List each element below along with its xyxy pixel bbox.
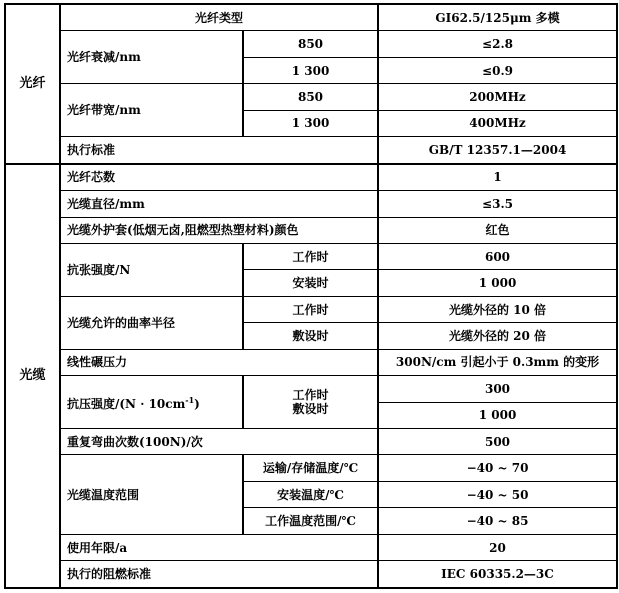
table-row: 光缆外护套(低烟无卤,阻燃型热塑材料)颜色 红色 xyxy=(5,217,617,243)
attenuation-value: ≤2.8 xyxy=(378,31,617,57)
group-fiber: 光纤 xyxy=(5,4,60,164)
temperature-condition: 安装温度/℃ xyxy=(243,481,378,507)
fiber-standard-label: 执行标准 xyxy=(60,137,378,164)
temperature-condition: 运输/存储温度/℃ xyxy=(243,455,378,481)
jacket-color-value: 红色 xyxy=(378,217,617,243)
crush-value: 300 xyxy=(378,376,617,402)
table-row: 重复弯曲次数(100N)/次 500 xyxy=(5,429,617,455)
bend-radius-condition: 工作时 xyxy=(243,296,378,322)
core-count-value: 1 xyxy=(378,164,617,191)
table-row: 光纤衰减/nm 850 ≤2.8 xyxy=(5,31,617,57)
table-row: 光纤 光纤类型 GI62.5/125μm 多模 xyxy=(5,4,617,31)
repeated-bend-label: 重复弯曲次数(100N)/次 xyxy=(60,429,378,455)
crush-label-sup: -1 xyxy=(185,395,194,405)
flame-standard-label: 执行的阻燃标准 xyxy=(60,561,378,588)
table-row: 使用年限/a 20 xyxy=(5,534,617,560)
spec-table: 光纤 光纤类型 GI62.5/125μm 多模 光纤衰减/nm 850 ≤2.8… xyxy=(4,3,618,589)
diameter-value: ≤3.5 xyxy=(378,191,617,217)
crush-value: 1 000 xyxy=(378,402,617,428)
tensile-value: 600 xyxy=(378,243,617,269)
temperature-value: −40 ~ 70 xyxy=(378,455,617,481)
table-row: 光缆直径/mm ≤3.5 xyxy=(5,191,617,217)
bandwidth-wavelength: 1 300 xyxy=(243,110,378,136)
tensile-condition: 安装时 xyxy=(243,270,378,296)
bend-radius-value: 光缆外径的 20 倍 xyxy=(378,323,617,349)
bandwidth-label: 光纤带宽/nm xyxy=(60,84,243,137)
attenuation-label: 光纤衰减/nm xyxy=(60,31,243,84)
crush-conditions: 工作时 敷设时 xyxy=(243,376,378,429)
bend-radius-condition: 敷设时 xyxy=(243,323,378,349)
fiber-standard-value: GB/T 12357.1—2004 xyxy=(378,137,617,164)
fiber-type-value: GI62.5/125μm 多模 xyxy=(378,4,617,31)
crush-label: 抗压强度/(N · 10cm-1) xyxy=(60,376,243,429)
table-row: 光缆允许的曲率半径 工作时 光缆外径的 10 倍 xyxy=(5,296,617,322)
table-row: 执行标准 GB/T 12357.1—2004 xyxy=(5,137,617,164)
temperature-value: −40 ~ 50 xyxy=(378,481,617,507)
table-row: 抗压强度/(N · 10cm-1) 工作时 敷设时 300 xyxy=(5,376,617,402)
repeated-bend-value: 500 xyxy=(378,429,617,455)
linear-crush-value: 300N/cm 引起小于 0.3mm 的变形 xyxy=(378,349,617,375)
bend-radius-value: 光缆外径的 10 倍 xyxy=(378,296,617,322)
table-row: 光缆 光纤芯数 1 xyxy=(5,164,617,191)
table-row: 抗张强度/N 工作时 600 xyxy=(5,243,617,269)
core-count-label: 光纤芯数 xyxy=(60,164,378,191)
table-row: 执行的阻燃标准 IEC 60335.2—3C xyxy=(5,561,617,588)
bandwidth-value: 200MHz xyxy=(378,84,617,110)
diameter-label: 光缆直径/mm xyxy=(60,191,378,217)
crush-condition: 敷设时 xyxy=(250,402,371,416)
service-life-value: 20 xyxy=(378,534,617,560)
temperature-label: 光缆温度范围 xyxy=(60,455,243,534)
crush-label-end: ) xyxy=(194,397,200,411)
bend-radius-label: 光缆允许的曲率半径 xyxy=(60,296,243,349)
attenuation-wavelength: 1 300 xyxy=(243,57,378,83)
bandwidth-value: 400MHz xyxy=(378,110,617,136)
temperature-value: −40 ~ 85 xyxy=(378,508,617,534)
table-row: 线性碾压力 300N/cm 引起小于 0.3mm 的变形 xyxy=(5,349,617,375)
crush-condition: 工作时 xyxy=(250,388,371,402)
temperature-condition: 工作温度范围/℃ xyxy=(243,508,378,534)
group-cable: 光缆 xyxy=(5,164,60,588)
attenuation-value: ≤0.9 xyxy=(378,57,617,83)
crush-label-main: 抗压强度/(N · 10cm xyxy=(67,397,185,411)
table-row: 光纤带宽/nm 850 200MHz xyxy=(5,84,617,110)
service-life-label: 使用年限/a xyxy=(60,534,378,560)
tensile-label: 抗张强度/N xyxy=(60,243,243,296)
tensile-condition: 工作时 xyxy=(243,243,378,269)
tensile-value: 1 000 xyxy=(378,270,617,296)
linear-crush-label: 线性碾压力 xyxy=(60,349,378,375)
bandwidth-wavelength: 850 xyxy=(243,84,378,110)
attenuation-wavelength: 850 xyxy=(243,31,378,57)
flame-standard-value: IEC 60335.2—3C xyxy=(378,561,617,588)
table-row: 光缆温度范围 运输/存储温度/℃ −40 ~ 70 xyxy=(5,455,617,481)
fiber-type-label: 光纤类型 xyxy=(60,4,378,31)
jacket-color-label: 光缆外护套(低烟无卤,阻燃型热塑材料)颜色 xyxy=(60,217,378,243)
